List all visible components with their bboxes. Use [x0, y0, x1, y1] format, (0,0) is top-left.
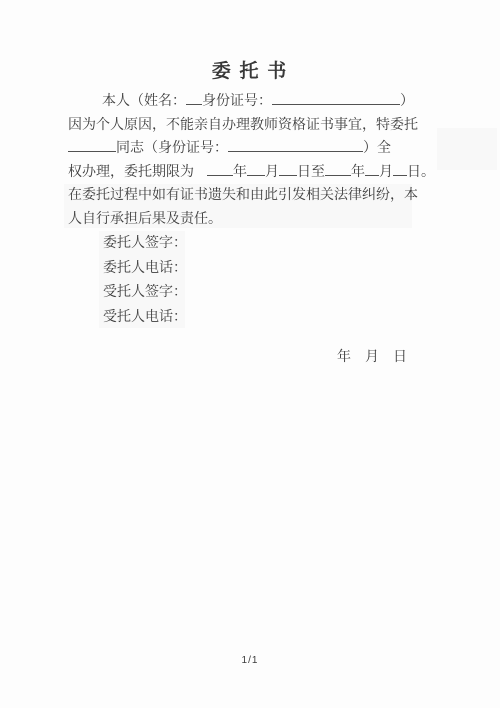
month-label-2: 月 [379, 165, 393, 180]
principal-signature-label: 委托人签字： [103, 232, 187, 257]
page-indicator: 1/1 [0, 655, 500, 666]
close-paren-quan: ）全 [363, 141, 391, 156]
liability-text-1: 在委托过程中如有证书遗失和由此引发相关法律纠纷，本 [68, 188, 418, 203]
line-principal-name: 本人（姓名：身份证号：） [68, 90, 453, 114]
start-day-blank-line [279, 162, 297, 176]
date-line: 年 月 日 [337, 349, 407, 367]
trustee-phone-label: 受托人电话： [103, 306, 187, 331]
line-liability-1: 在委托过程中如有证书遗失和由此引发相关法律纠纷，本 [68, 184, 453, 208]
signature-block: 委托人签字： 委托人电话： 受托人签字： 受托人电话： [103, 232, 187, 330]
trustee-id-label: 同志（身份证号： [116, 141, 228, 156]
principal-label: 本人（姓名： [102, 94, 186, 109]
id-blank-line [272, 91, 400, 105]
end-day-blank-line [393, 162, 407, 176]
trustee-name-blank-line [68, 138, 116, 152]
duration-label: 权办理，委托期限为 [68, 165, 194, 180]
trustee-id-blank-line [228, 138, 363, 152]
principal-phone-label: 委托人电话： [103, 257, 187, 282]
name-blank-line [186, 91, 202, 105]
end-year-blank-line [325, 162, 351, 176]
body-paragraph: 本人（姓名：身份证号：） 因为个人原因，不能亲自办理教师资格证书事宜，特委托 同… [68, 90, 453, 232]
id-label: 身份证号： [202, 94, 272, 109]
line-trustee: 同志（身份证号：）全 [68, 137, 453, 161]
month-label-1: 月 [265, 165, 279, 180]
document-page: 委 托 书 本人（姓名：身份证号：） 因为个人原因，不能亲自办理教师资格证书事宜… [0, 0, 500, 708]
line-liability-2: 人自行承担后果及责任。 [68, 208, 453, 232]
end-month-blank-line [365, 162, 379, 176]
line-reason: 因为个人原因，不能亲自办理教师资格证书事宜，特委托 [68, 114, 453, 138]
day-to-label: 日至 [297, 165, 325, 180]
document-title: 委 托 书 [0, 59, 500, 85]
year-label-2: 年 [351, 165, 365, 180]
start-month-blank-line [247, 162, 265, 176]
line-duration: 权办理，委托期限为年月日至年月日。 [68, 161, 453, 185]
start-year-blank-line [207, 162, 233, 176]
liability-text-2: 人自行承担后果及责任。 [68, 212, 222, 227]
reason-text: 因为个人原因，不能亲自办理教师资格证书事宜，特委托 [68, 118, 418, 133]
day-end-label: 日。 [407, 165, 435, 180]
trustee-signature-label: 受托人签字： [103, 281, 187, 306]
close-paren: ） [400, 94, 414, 109]
year-label-1: 年 [233, 165, 247, 180]
